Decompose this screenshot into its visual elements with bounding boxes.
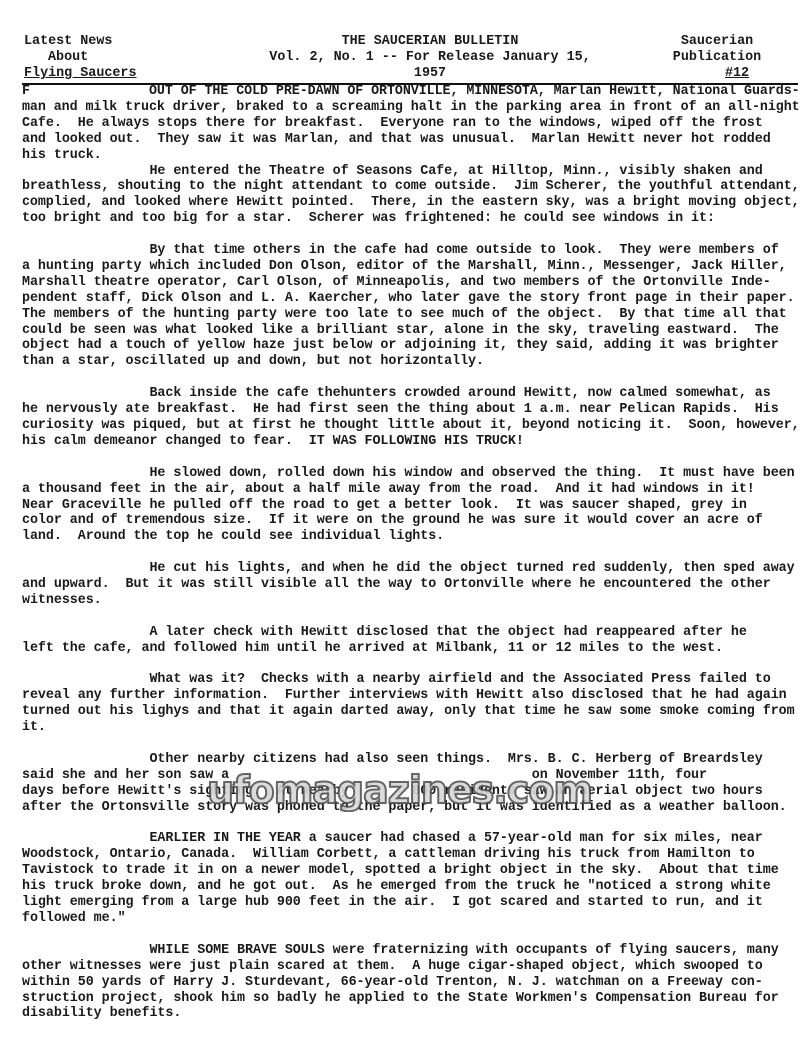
paragraph: A later check with Hewitt disclosed that…: [22, 625, 800, 657]
text-line: followed me.": [22, 911, 800, 927]
paragraph: EARLIER IN THE YEAR a saucer had chased …: [22, 831, 800, 926]
paragraph: Back inside the cafe thehunters crowded …: [22, 386, 800, 450]
watermark: ufomagazines.com: [207, 771, 592, 809]
text-line: A later check with Hewitt disclosed that…: [22, 625, 800, 641]
text-line: witnesses.: [22, 593, 800, 609]
paragraph: F OUT OF THE COLD PRE-DAWN OF ORTONVILLE…: [22, 84, 800, 164]
text-line: within 50 yards of Harry J. Sturdevant, …: [22, 975, 800, 991]
header-right: Saucerian Publication #12: [652, 34, 782, 82]
text-line: F OUT OF THE COLD PRE-DAWN OF ORTONVILLE…: [22, 84, 797, 100]
header-left-line-2: About: [24, 50, 137, 66]
text-line: a thousand feet in the air, about a half…: [22, 482, 800, 498]
text-line: struction project, shook him so badly he…: [22, 991, 800, 1007]
text-line: Other nearby citizens had also seen thin…: [22, 752, 800, 768]
text-line: WHILE SOME BRAVE SOULS were fraternizing…: [22, 943, 800, 959]
text-line: By that time others in the cafe had come…: [22, 243, 800, 259]
paragraph: WHILE SOME BRAVE SOULS were fraternizing…: [22, 943, 800, 1023]
text-line: Woodstock, Ontario, Canada. William Corb…: [22, 847, 800, 863]
text-line: man and milk truck driver, braked to a s…: [22, 100, 797, 116]
text-line: Back inside the cafe thehunters crowded …: [22, 386, 800, 402]
text-line: Near Graceville he pulled off the road t…: [22, 498, 800, 514]
paragraph: He slowed down, rolled down his window a…: [22, 466, 800, 546]
text-line: could be seen was what looked like a bri…: [22, 323, 800, 339]
header-left-line-3: Flying Saucers: [24, 66, 137, 82]
text-line: a hunting party which included Don Olson…: [22, 259, 800, 275]
text-line: He entered the Theatre of Seasons Cafe, …: [22, 164, 800, 180]
text-line: object had a touch of yellow haze just b…: [22, 338, 800, 354]
text-line: curiosity was piqued, but at first he th…: [22, 418, 797, 434]
bulletin-page: Latest News About Flying Saucers THE SAU…: [0, 0, 800, 1049]
paragraph: What was it? Checks with a nearby airfie…: [22, 672, 800, 736]
text-line: Marshall theatre operator, Carl Olson, o…: [22, 275, 800, 291]
text-line: he nervously ate breakfast. He had first…: [22, 402, 800, 418]
paragraph: He entered the Theatre of Seasons Cafe, …: [22, 164, 800, 228]
publication-number: #12: [652, 66, 782, 82]
text-line: other witnesses were just plain scared a…: [22, 959, 800, 975]
issue-line: Vol. 2, No. 1 -- For Release January 15,…: [250, 50, 610, 82]
header-right-line-1: Saucerian: [652, 34, 782, 50]
text-line: it.: [22, 720, 800, 736]
header-left: Latest News About Flying Saucers: [24, 34, 137, 82]
text-line: land. Around the top he could see indivi…: [22, 529, 800, 545]
text-line: pendent staff, Dick Olson and L. A. Kaer…: [22, 291, 800, 307]
paragraph: By that time others in the cafe had come…: [22, 243, 800, 370]
text-line: Cafe. He always stops there for breakfas…: [22, 116, 800, 132]
text-line: Tavistock to trade it in on a newer mode…: [22, 863, 800, 879]
text-line: and upward. But it was still visible all…: [22, 577, 800, 593]
text-line: his truck broke down, and he got out. As…: [22, 879, 800, 895]
header-right-line-2: Publication: [652, 50, 782, 66]
text-line: The members of the hunting party were to…: [22, 307, 800, 323]
text-line: breathless, shouting to the night attend…: [22, 179, 797, 195]
masthead: THE SAUCERIAN BULLETIN Vol. 2, No. 1 -- …: [250, 34, 610, 82]
publication-title: THE SAUCERIAN BULLETIN: [250, 34, 610, 50]
text-line: color and of tremendous size. If it were…: [22, 513, 800, 529]
text-line: his truck.: [22, 148, 800, 164]
paragraph: He cut his lights, and when he did the o…: [22, 561, 800, 609]
text-line: light emerging from a large hub 900 feet…: [22, 895, 800, 911]
text-line: reveal any further information. Further …: [22, 688, 800, 704]
text-line: He cut his lights, and when he did the o…: [22, 561, 800, 577]
text-line: too bright and too big for a star. Scher…: [22, 211, 800, 227]
article-body: F OUT OF THE COLD PRE-DAWN OF ORTONVILLE…: [22, 84, 800, 1038]
text-line: complied, and looked where Hewitt pointe…: [22, 195, 797, 211]
header-left-line-1: Latest News: [24, 34, 137, 50]
text-line: and looked out. They saw it was Marlan, …: [22, 132, 800, 148]
text-line: He slowed down, rolled down his window a…: [22, 466, 800, 482]
text-line: EARLIER IN THE YEAR a saucer had chased …: [22, 831, 800, 847]
text-line: turned out his lighys and that it again …: [22, 704, 800, 720]
text-line: than a star, oscillated up and down, but…: [22, 354, 800, 370]
text-line: his calm demeanor changed to fear. IT WA…: [22, 434, 800, 450]
text-line: left the cafe, and followed him until he…: [22, 641, 800, 657]
text-line: disability benefits.: [22, 1006, 800, 1022]
text-line: What was it? Checks with a nearby airfie…: [22, 672, 800, 688]
